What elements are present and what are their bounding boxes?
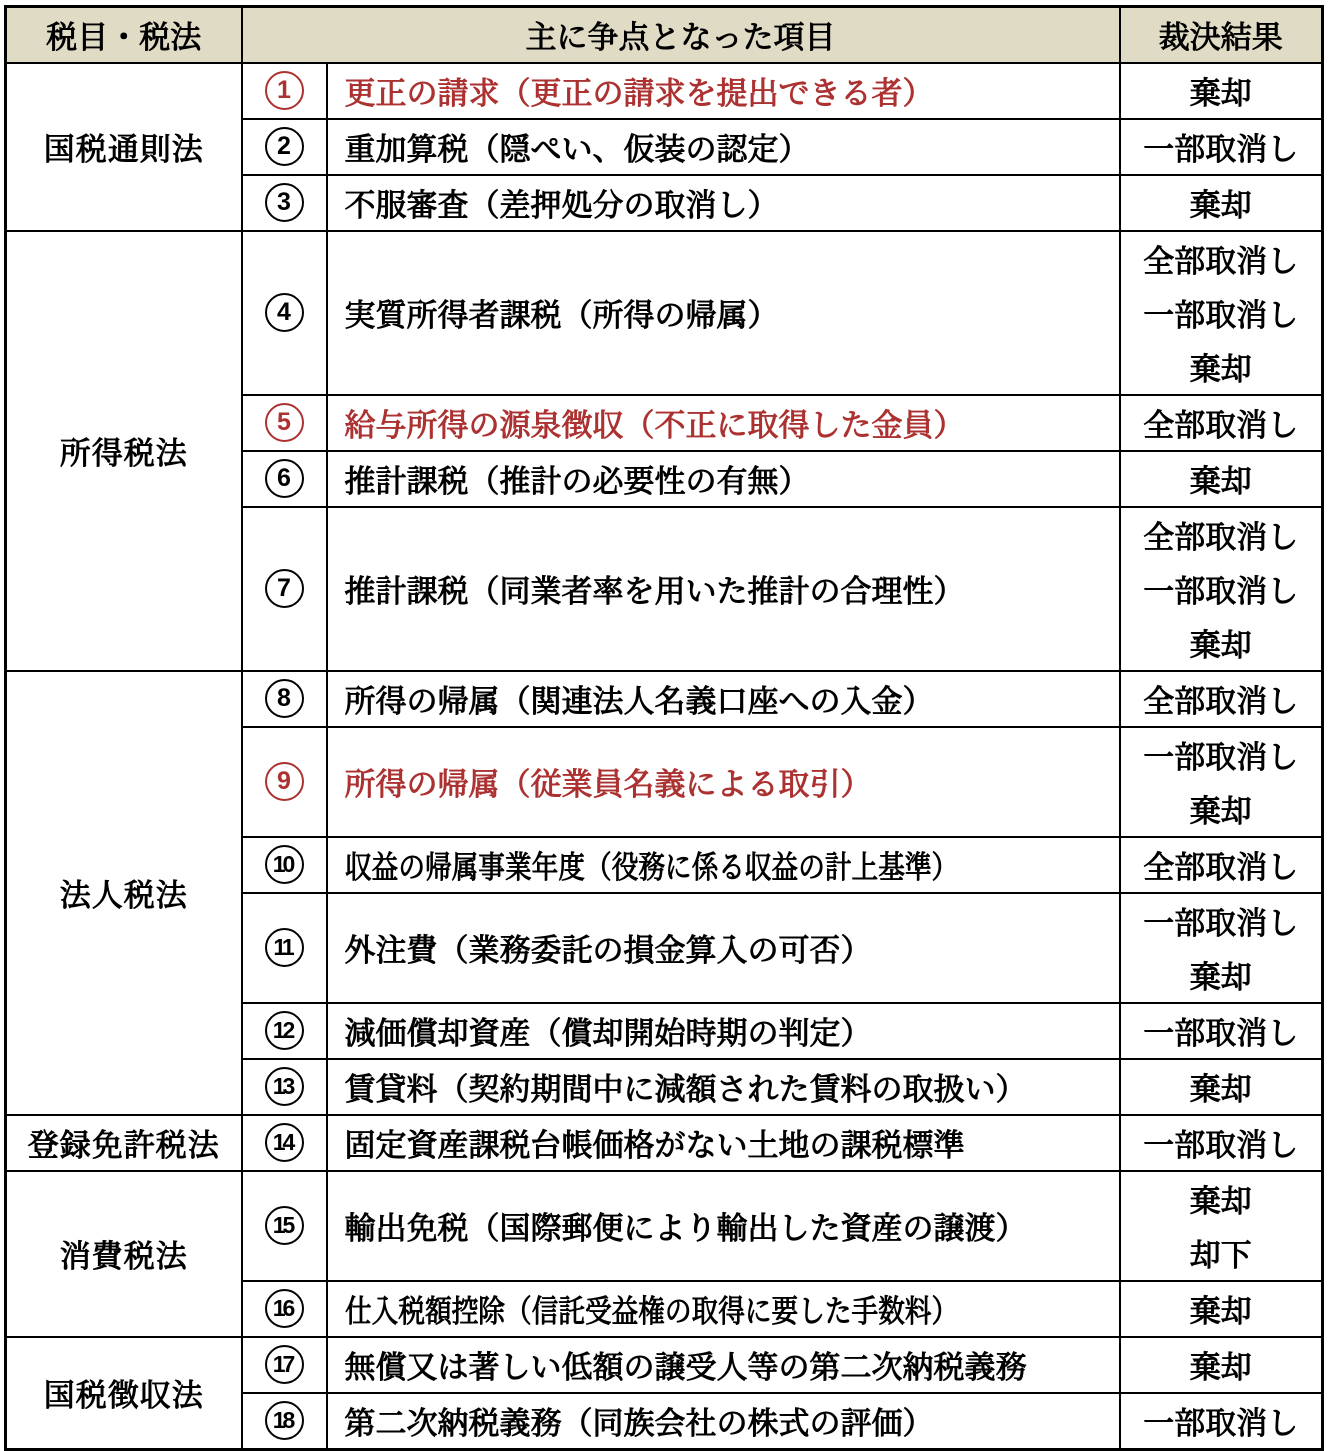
item-number-cell: 1 <box>242 63 327 119</box>
dispute-item-text: 所得の帰属（関連法人名義口座への入金） <box>345 676 934 721</box>
dispute-item-text: 更正の請求（更正の請求を提出できる者） <box>345 68 934 113</box>
law-name-cell: 法人税法 <box>6 671 242 1115</box>
ruling-result-text: 一部取消し <box>1121 728 1322 782</box>
circled-number: 10 <box>265 845 304 884</box>
ruling-result-text: 棄却 <box>1121 1060 1322 1114</box>
dispute-item-cell: 第二次納税義務（同族会社の株式の評価） <box>327 1393 1120 1450</box>
ruling-result-cell: 一部取消し <box>1120 1115 1323 1171</box>
circled-number: 3 <box>265 183 304 222</box>
dispute-item-cell: 推計課税（推計の必要性の有無） <box>327 451 1120 507</box>
ruling-result-text: 棄却 <box>1121 1282 1322 1336</box>
dispute-item-cell: 仕入税額控除（信託受益権の取得に要した手数料） <box>327 1281 1120 1337</box>
circled-number: 8 <box>265 679 304 718</box>
ruling-result-text: 棄却 <box>1121 340 1322 394</box>
item-number-cell: 3 <box>242 175 327 231</box>
ruling-result-text: 一部取消し <box>1121 1394 1322 1448</box>
table-row: 国税徴収法17無償又は著しい低額の譲受人等の第二次納税義務棄却 <box>6 1337 1323 1393</box>
ruling-result-cell: 全部取消し <box>1120 395 1323 451</box>
circled-number: 14 <box>265 1123 304 1162</box>
ruling-result-text: 全部取消し <box>1121 838 1322 892</box>
dispute-item-cell: 無償又は著しい低額の譲受人等の第二次納税義務 <box>327 1337 1120 1393</box>
dispute-item-text: 第二次納税義務（同族会社の株式の評価） <box>345 1398 934 1443</box>
circled-number: 18 <box>265 1401 304 1440</box>
dispute-item-cell: 重加算税（隠ぺい、仮装の認定） <box>327 119 1120 175</box>
dispute-item-text: 輸出免税（国際郵便により輸出した資産の譲渡） <box>345 1203 1027 1248</box>
dispute-item-cell: 外注費（業務委託の損金算入の可否） <box>327 893 1120 1003</box>
ruling-result-cell: 棄却 <box>1120 175 1323 231</box>
ruling-result-text: 全部取消し <box>1121 508 1322 562</box>
circled-number: 13 <box>265 1067 304 1106</box>
law-name-cell: 国税徴収法 <box>6 1337 242 1450</box>
dispute-item-text: 仕入税額控除（信託受益権の取得に要した手数料） <box>345 1286 958 1331</box>
ruling-result-text: 棄却 <box>1121 1172 1322 1226</box>
ruling-result-text: 一部取消し <box>1121 562 1322 616</box>
dispute-item-cell: 所得の帰属（関連法人名義口座への入金） <box>327 671 1120 727</box>
dispute-item-cell: 実質所得者課税（所得の帰属） <box>327 231 1120 395</box>
item-number-cell: 12 <box>242 1003 327 1059</box>
law-name-cell: 国税通則法 <box>6 63 242 231</box>
ruling-result-cell: 全部取消し一部取消し棄却 <box>1120 231 1323 395</box>
ruling-result-text: 一部取消し <box>1121 1116 1322 1170</box>
dispute-item-text: 無償又は著しい低額の譲受人等の第二次納税義務 <box>345 1342 1027 1387</box>
item-number-cell: 4 <box>242 231 327 395</box>
circled-number: 4 <box>265 293 304 332</box>
header-result-column: 裁決結果 <box>1120 7 1323 63</box>
item-number-cell: 17 <box>242 1337 327 1393</box>
ruling-result-text: 全部取消し <box>1121 396 1322 450</box>
ruling-result-text: 棄却 <box>1121 176 1322 230</box>
ruling-result-text: 棄却 <box>1121 616 1322 670</box>
dispute-item-text: 減価償却資産（償却開始時期の判定） <box>345 1008 872 1053</box>
ruling-result-text: 棄却 <box>1121 948 1322 1002</box>
ruling-result-text: 一部取消し <box>1121 120 1322 174</box>
item-number-cell: 6 <box>242 451 327 507</box>
ruling-result-cell: 一部取消し <box>1120 119 1323 175</box>
ruling-result-text: 一部取消し <box>1121 286 1322 340</box>
dispute-item-cell: 不服審査（差押処分の取消し） <box>327 175 1120 231</box>
law-name-cell: 消費税法 <box>6 1171 242 1337</box>
header-item-column: 主に争点となった項目 <box>242 7 1120 63</box>
item-number-cell: 14 <box>242 1115 327 1171</box>
dispute-item-text: 重加算税（隠ぺい、仮装の認定） <box>345 124 810 169</box>
ruling-result-text: 一部取消し <box>1121 894 1322 948</box>
law-name-cell: 登録免許税法 <box>6 1115 242 1171</box>
ruling-result-text: 全部取消し <box>1121 232 1322 286</box>
table-row: 消費税法15輸出免税（国際郵便により輸出した資産の譲渡）棄却却下 <box>6 1171 1323 1281</box>
dispute-item-cell: 輸出免税（国際郵便により輸出した資産の譲渡） <box>327 1171 1120 1281</box>
ruling-result-cell: 棄却 <box>1120 63 1323 119</box>
dispute-item-text: 固定資産課税台帳価格がない土地の課税標準 <box>345 1120 965 1165</box>
dispute-item-cell: 収益の帰属事業年度（役務に係る収益の計上基準） <box>327 837 1120 893</box>
circled-number: 6 <box>265 459 304 498</box>
dispute-item-text: 推計課税（同業者率を用いた推計の合理性） <box>345 566 965 611</box>
ruling-result-cell: 棄却 <box>1120 1281 1323 1337</box>
ruling-result-text: 全部取消し <box>1121 672 1322 726</box>
ruling-result-cell: 一部取消し <box>1120 1003 1323 1059</box>
item-number-cell: 2 <box>242 119 327 175</box>
dispute-item-cell: 固定資産課税台帳価格がない土地の課税標準 <box>327 1115 1120 1171</box>
ruling-result-cell: 棄却却下 <box>1120 1171 1323 1281</box>
ruling-result-text: 棄却 <box>1121 782 1322 836</box>
header-law-column: 税目・税法 <box>6 7 242 63</box>
item-number-cell: 13 <box>242 1059 327 1115</box>
ruling-result-text: 棄却 <box>1121 64 1322 118</box>
circled-number: 12 <box>265 1011 304 1050</box>
table-body: 国税通則法1更正の請求（更正の請求を提出できる者）棄却2重加算税（隠ぺい、仮装の… <box>6 63 1323 1450</box>
ruling-result-text: 棄却 <box>1121 452 1322 506</box>
item-number-cell: 8 <box>242 671 327 727</box>
circled-number: 1 <box>265 71 304 110</box>
item-number-cell: 15 <box>242 1171 327 1281</box>
item-number-cell: 5 <box>242 395 327 451</box>
dispute-item-text: 実質所得者課税（所得の帰属） <box>345 290 779 335</box>
item-number-cell: 11 <box>242 893 327 1003</box>
dispute-item-cell: 減価償却資産（償却開始時期の判定） <box>327 1003 1120 1059</box>
circled-number: 2 <box>265 127 304 166</box>
ruling-result-text: 棄却 <box>1121 1338 1322 1392</box>
item-number-cell: 9 <box>242 727 327 837</box>
circled-number: 5 <box>265 403 304 442</box>
ruling-result-cell: 一部取消し棄却 <box>1120 727 1323 837</box>
item-number-cell: 10 <box>242 837 327 893</box>
table-row: 国税通則法1更正の請求（更正の請求を提出できる者）棄却 <box>6 63 1323 119</box>
item-number-cell: 7 <box>242 507 327 671</box>
ruling-result-cell: 全部取消し <box>1120 671 1323 727</box>
ruling-result-cell: 全部取消し一部取消し棄却 <box>1120 507 1323 671</box>
dispute-item-text: 給与所得の源泉徴収（不正に取得した金員） <box>345 400 965 445</box>
dispute-item-cell: 更正の請求（更正の請求を提出できる者） <box>327 63 1120 119</box>
circled-number: 11 <box>265 928 304 967</box>
dispute-item-text: 収益の帰属事業年度（役務に係る収益の計上基準） <box>345 842 958 887</box>
ruling-summary-table: 税目・税法 主に争点となった項目 裁決結果 国税通則法1更正の請求（更正の請求を… <box>4 5 1324 1451</box>
item-number-cell: 16 <box>242 1281 327 1337</box>
ruling-result-cell: 一部取消し <box>1120 1393 1323 1450</box>
ruling-result-cell: 一部取消し棄却 <box>1120 893 1323 1003</box>
circled-number: 16 <box>265 1289 304 1328</box>
table-row: 登録免許税法14固定資産課税台帳価格がない土地の課税標準一部取消し <box>6 1115 1323 1171</box>
circled-number: 9 <box>265 762 304 801</box>
table-row: 所得税法4実質所得者課税（所得の帰属）全部取消し一部取消し棄却 <box>6 231 1323 395</box>
item-number-cell: 18 <box>242 1393 327 1450</box>
header-row: 税目・税法 主に争点となった項目 裁決結果 <box>6 7 1323 63</box>
ruling-summary-table-wrap: 税目・税法 主に争点となった項目 裁決結果 国税通則法1更正の請求（更正の請求を… <box>4 5 1324 1451</box>
dispute-item-text: 不服審査（差押処分の取消し） <box>345 180 779 225</box>
ruling-result-cell: 棄却 <box>1120 1059 1323 1115</box>
circled-number: 17 <box>265 1345 304 1384</box>
ruling-result-cell: 全部取消し <box>1120 837 1323 893</box>
ruling-result-cell: 棄却 <box>1120 451 1323 507</box>
ruling-result-cell: 棄却 <box>1120 1337 1323 1393</box>
dispute-item-cell: 所得の帰属（従業員名義による取引） <box>327 727 1120 837</box>
dispute-item-text: 推計課税（推計の必要性の有無） <box>345 456 810 501</box>
dispute-item-text: 賃貸料（契約期間中に減額された賃料の取扱い） <box>345 1064 1027 1109</box>
law-name-cell: 所得税法 <box>6 231 242 671</box>
dispute-item-text: 所得の帰属（従業員名義による取引） <box>345 759 872 804</box>
dispute-item-cell: 賃貸料（契約期間中に減額された賃料の取扱い） <box>327 1059 1120 1115</box>
dispute-item-cell: 推計課税（同業者率を用いた推計の合理性） <box>327 507 1120 671</box>
dispute-item-text: 外注費（業務委託の損金算入の可否） <box>345 925 872 970</box>
ruling-result-text: 一部取消し <box>1121 1004 1322 1058</box>
table-row: 法人税法8所得の帰属（関連法人名義口座への入金）全部取消し <box>6 671 1323 727</box>
dispute-item-cell: 給与所得の源泉徴収（不正に取得した金員） <box>327 395 1120 451</box>
ruling-result-text: 却下 <box>1121 1226 1322 1280</box>
circled-number: 7 <box>265 569 304 608</box>
circled-number: 15 <box>265 1206 304 1245</box>
